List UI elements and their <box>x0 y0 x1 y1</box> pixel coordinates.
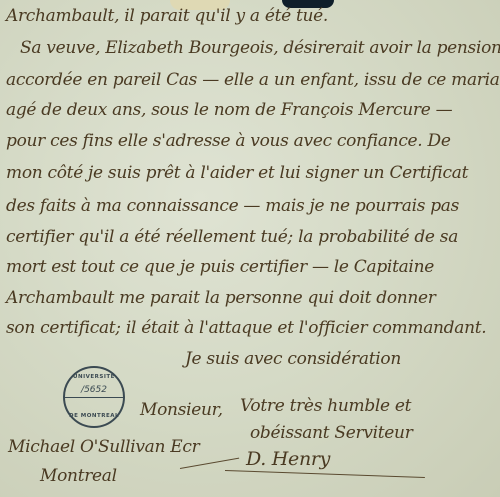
stamp-number: /5652 <box>65 385 123 395</box>
letter-page: Archambault, il parait qu'il y a été tué… <box>0 0 500 497</box>
stamp-top-text: UNIVERSITÉ <box>65 374 123 380</box>
letter-line: Archambault me parait la personne qui do… <box>6 288 436 308</box>
letter-line: certifier qu'il a été réellement tué; la… <box>6 227 458 247</box>
signature-flourish <box>180 458 239 469</box>
letter-line: des faits à ma connaissance — mais je ne… <box>6 196 459 216</box>
letter-line: Archambault, il parait qu'il y a été tué… <box>6 6 328 26</box>
letter-line: mort est tout ce que je puis certifier —… <box>6 257 434 277</box>
letter-line: Je suis avec considération <box>185 349 401 369</box>
addressee-name: Michael O'Sullivan Ecr <box>8 437 199 457</box>
letter-line: Sa veuve, Elizabeth Bourgeois, désirerai… <box>20 38 500 58</box>
stamp-bottom-text: DE MONTREAL <box>65 413 123 419</box>
letter-line: agé de deux ans, sous le nom de François… <box>6 100 452 120</box>
archive-stamp: UNIVERSITÉ /5652 DE MONTREAL <box>63 366 125 428</box>
closing-line: Votre très humble et <box>240 396 411 416</box>
letter-line: accordée en pareil Cas — elle a un enfan… <box>6 70 500 90</box>
salutation: Monsieur, <box>140 400 223 420</box>
letter-line: pour ces fins elle s'adresse à vous avec… <box>6 131 451 151</box>
letter-line: mon côté je suis prêt à l'aider et lui s… <box>6 163 468 183</box>
letter-line: son certificat; il était à l'attaque et … <box>6 318 486 338</box>
closing-line: obéissant Serviteur <box>250 423 413 443</box>
signature-flourish <box>225 470 425 478</box>
signature: D. Henry <box>246 448 330 470</box>
stamp-divider <box>65 397 123 398</box>
addressee-city: Montreal <box>40 466 117 486</box>
